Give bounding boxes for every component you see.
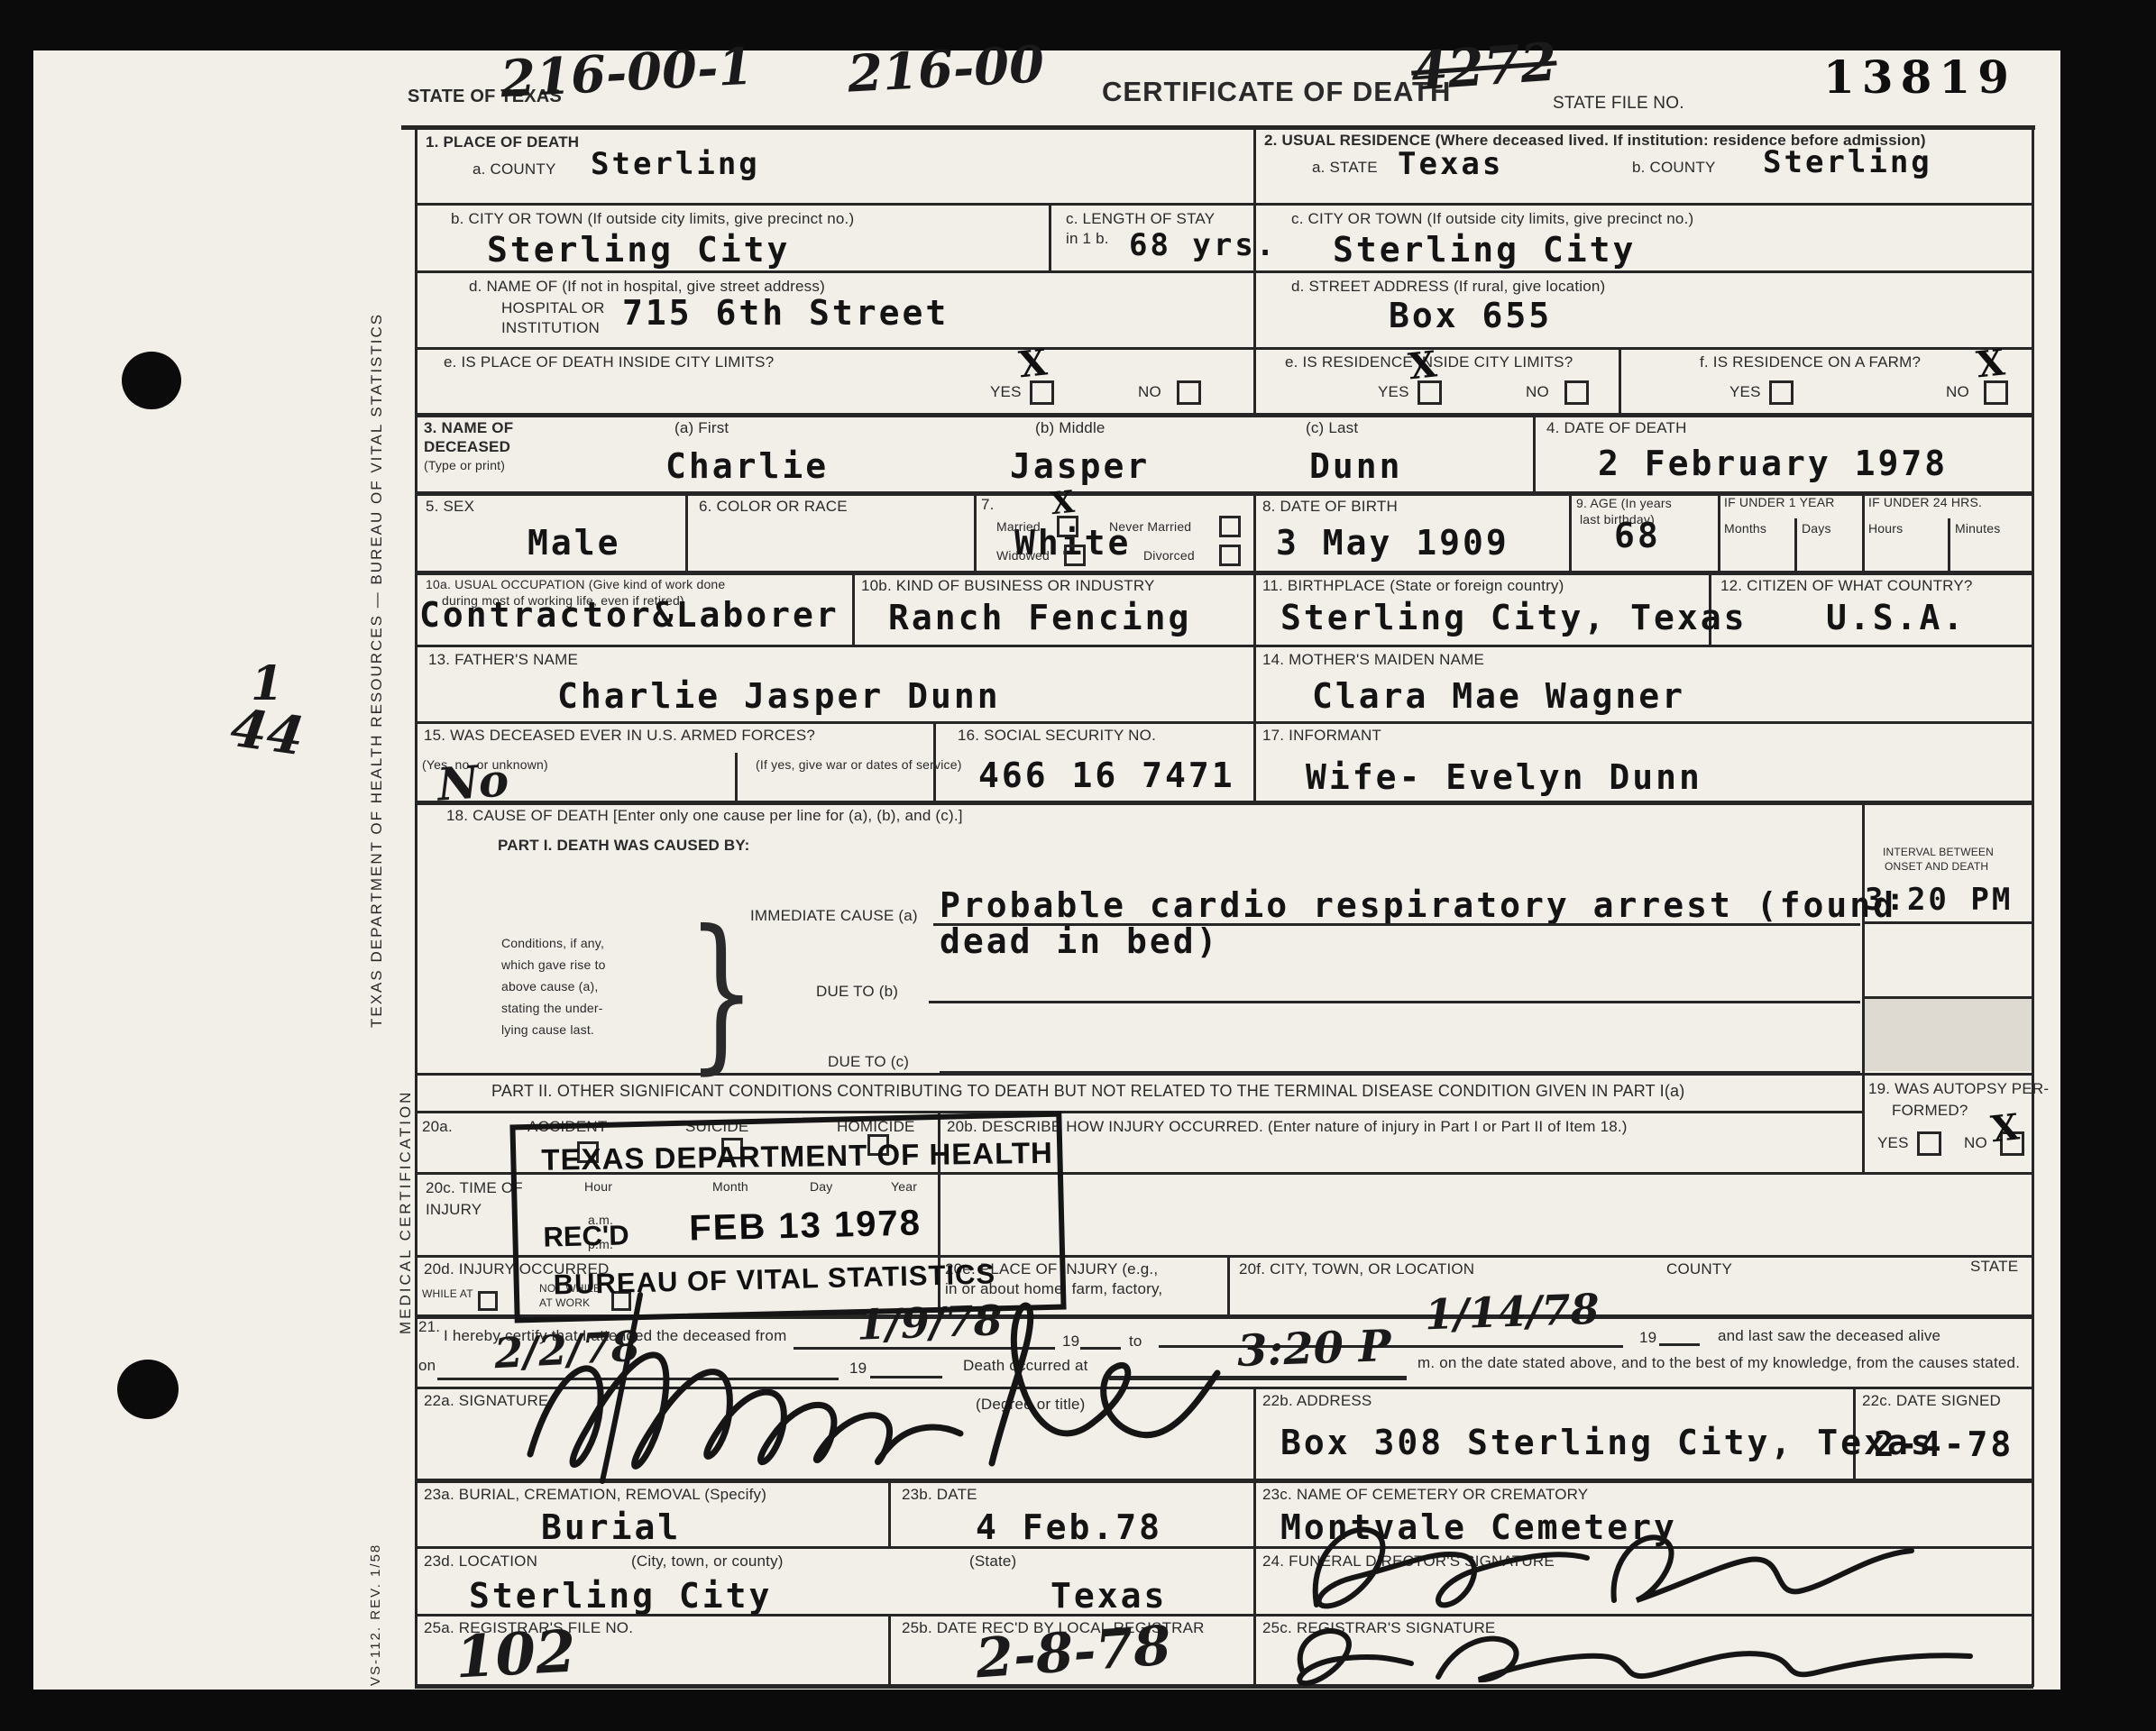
residence-limits-no-checkbox — [1564, 380, 1589, 405]
autopsy-yes-label: YES — [1877, 1134, 1909, 1152]
name-of-deceased-label-2: DECEASED — [424, 438, 510, 456]
burial-location-sublabel-1: (City, town, or county) — [631, 1552, 784, 1571]
due-to-b-label: DUE TO (b) — [816, 983, 898, 1001]
part1-label: PART I. DEATH WAS CAUSED BY: — [498, 837, 750, 855]
time-of-injury-label-2: INJURY — [426, 1201, 482, 1219]
state-file-number: 13819 — [1823, 50, 2016, 104]
street-address-value: Box 655 — [1389, 296, 1552, 335]
citizen-label: 12. CITIZEN OF WHAT COUNTRY? — [1720, 577, 1973, 595]
scanned-death-certificate: TEXAS DEPARTMENT OF HEALTH RESOURCES — B… — [0, 0, 2156, 1731]
margin-department-text: TEXAS DEPARTMENT OF HEALTH RESOURCES — B… — [368, 225, 386, 1028]
place-of-death-title: 1. PLACE OF DEATH — [426, 133, 579, 151]
fathers-name-value: Charlie Jasper Dunn — [557, 676, 1001, 716]
ssn-value: 466 16 7471 — [978, 756, 1235, 795]
divorced-checkbox — [1219, 545, 1241, 566]
divorced-label: Divorced — [1143, 548, 1195, 563]
farm-yes-label: YES — [1729, 383, 1761, 401]
length-of-stay-label: c. LENGTH OF STAY — [1066, 210, 1215, 228]
place-limits-no-checkbox — [1177, 380, 1201, 405]
residence-city-value: Sterling City — [1333, 230, 1636, 270]
autopsy-no-xmark: X — [1989, 1106, 2022, 1151]
name-of-deceased-label-1: 3. NAME OF — [424, 419, 513, 437]
certify-on: on — [418, 1357, 436, 1375]
margin-handwritten-mark-2: 44 — [227, 697, 307, 768]
place-city-limits-label: e. IS PLACE OF DEATH INSIDE CITY LIMITS? — [444, 353, 774, 371]
hospital-sublabel-2: INSTITUTION — [501, 319, 600, 337]
name-of-deceased-label-3: (Type or print) — [424, 458, 505, 472]
conditions-note-5: lying cause last. — [501, 1022, 594, 1037]
certificate-title: CERTIFICATE OF DEATH — [1102, 76, 1451, 108]
hospital-value: 715 6th Street — [622, 293, 949, 333]
hospital-sublabel-1: HOSPITAL OR — [501, 299, 605, 317]
residence-city-label: c. CITY OR TOWN (If outside city limits,… — [1291, 210, 1693, 228]
occupation-value: Contractor&Laborer — [419, 595, 839, 635]
first-name-label: (a) First — [674, 419, 729, 437]
street-address-label: d. STREET ADDRESS (If rural, give locati… — [1291, 278, 1605, 296]
due-to-c-label: DUE TO (c) — [828, 1053, 909, 1071]
occupation-label-1: 10a. USUAL OCCUPATION (Give kind of work… — [426, 577, 725, 591]
place-county-value: Sterling — [591, 146, 760, 182]
length-of-stay-value: 68 yrs. — [1129, 227, 1277, 263]
death-time-value: 3:20 P — [1236, 1321, 1392, 1377]
date-of-death-value: 2 February 1978 — [1598, 444, 1948, 483]
date-of-birth-value: 3 May 1909 — [1276, 523, 1509, 563]
sex-label: 5. SEX — [426, 498, 474, 516]
days-label: Days — [1802, 521, 1831, 536]
married-label: Married — [996, 519, 1041, 534]
date-of-birth-label: 8. DATE OF BIRTH — [1262, 498, 1398, 516]
while-at-work-checkbox — [478, 1291, 498, 1311]
conditions-note-1: Conditions, if any, — [501, 936, 604, 950]
burial-type-value: Burial — [541, 1507, 681, 1547]
interval-label-1: INTERVAL BETWEEN — [1883, 846, 1994, 858]
interval-value: 3:20 PM — [1865, 882, 2013, 918]
marital-number-label: 7. — [981, 496, 995, 514]
mothers-maiden-name-value: Clara Mae Wagner — [1312, 676, 1685, 716]
certify-text-2: m. on the date stated above, and to the … — [1417, 1354, 2020, 1372]
residence-state-label: a. STATE — [1312, 159, 1378, 177]
injury-city-label: 20f. CITY, TOWN, OR LOCATION — [1239, 1260, 1474, 1278]
stamp-recd: REC'D — [543, 1219, 629, 1253]
place-limits-no-label: NO — [1138, 383, 1161, 401]
never-married-label: Never Married — [1109, 519, 1191, 534]
farm-no-xmark: X — [1975, 342, 2007, 387]
married-xmark: X — [1049, 484, 1076, 523]
autopsy-no-label: NO — [1964, 1134, 1987, 1152]
year-prefix-2: 19 — [1639, 1329, 1656, 1347]
armed-forces-value: No — [436, 753, 510, 811]
residence-limits-yes-xmark: X — [1407, 343, 1439, 389]
conditions-note-4: stating the under- — [501, 1001, 603, 1015]
date-signed-value: 2-4-78 — [1874, 1424, 2014, 1464]
autopsy-label-1: 19. WAS AUTOPSY PER- — [1868, 1080, 2049, 1098]
fathers-name-label: 13. FATHER'S NAME — [428, 651, 578, 669]
residence-limits-no-label: NO — [1526, 383, 1549, 401]
physician-address-value: Box 308 Sterling City, Texas — [1280, 1423, 1934, 1462]
residence-limits-yes-label: YES — [1378, 383, 1409, 401]
cemetery-name-label: 23c. NAME OF CEMETERY OR CREMATORY — [1262, 1486, 1588, 1504]
autopsy-label-2: FORMED? — [1892, 1102, 1968, 1120]
attended-to-date: 1/14/78 — [1424, 1285, 1600, 1340]
farm-yes-checkbox — [1769, 380, 1794, 405]
citizen-value: U.S.A. — [1826, 598, 1966, 637]
physician-address-label: 22b. ADDRESS — [1262, 1392, 1372, 1410]
conditions-note-3: above cause (a), — [501, 979, 598, 994]
if-under-1-year-label: IF UNDER 1 YEAR — [1724, 495, 1835, 509]
industry-value: Ranch Fencing — [888, 598, 1191, 637]
burial-location-sublabel-2: (State) — [969, 1552, 1016, 1571]
place-limits-yes-xmark: X — [1017, 342, 1050, 387]
stamp-line-1: TEXAS DEPARTMENT OF HEALTH — [541, 1136, 1053, 1177]
handwritten-cert-number: 4272 — [1409, 31, 1559, 102]
if-under-24-hrs-label: IF UNDER 24 HRS. — [1868, 495, 1982, 509]
hole-punch-top — [122, 352, 181, 409]
last-name-value: Dunn — [1309, 446, 1403, 486]
ssn-label: 16. SOCIAL SECURITY NO. — [958, 727, 1156, 745]
immediate-cause-value-2: dead in bed) — [940, 921, 1220, 961]
armed-forces-sublabel-2: (If yes, give war or dates of service) — [756, 757, 962, 772]
race-label: 6. COLOR OR RACE — [699, 498, 848, 516]
part2-label: PART II. OTHER SIGNIFICANT CONDITIONS CO… — [491, 1082, 1684, 1101]
injury-state-label: STATE — [1970, 1258, 2018, 1276]
birthplace-label: 11. BIRTHPLACE (State or foreign country… — [1262, 577, 1564, 595]
sex-value: Male — [528, 523, 621, 563]
injury-county-label: COUNTY — [1666, 1260, 1732, 1278]
interval-label-2: ONSET AND DEATH — [1885, 860, 1988, 873]
mothers-maiden-name-label: 14. MOTHER'S MAIDEN NAME — [1262, 651, 1484, 669]
stamp-date: FEB 13 1978 — [689, 1203, 922, 1249]
date-of-death-label: 4. DATE OF DEATH — [1546, 419, 1687, 437]
margin-form-number: VS-112. REV. 1/58 — [368, 1479, 383, 1686]
conditions-note-2: which gave rise to — [501, 957, 606, 972]
place-city-label: b. CITY OR TOWN (If outside city limits,… — [451, 210, 854, 228]
widowed-checkbox — [1064, 545, 1086, 566]
residence-county-label: b. COUNTY — [1632, 159, 1715, 177]
certify-number: 21. — [418, 1318, 440, 1336]
residence-farm-label: f. IS RESIDENCE ON A FARM? — [1700, 353, 1921, 371]
age-value: 68 — [1614, 516, 1661, 555]
middle-name-value: Jasper — [1010, 446, 1150, 486]
cause-of-death-label: 18. CAUSE OF DEATH [Enter only one cause… — [446, 807, 963, 825]
last-name-label: (c) Last — [1306, 419, 1358, 437]
date-signed-label: 22c. DATE SIGNED — [1862, 1392, 2001, 1410]
residence-county-value: Sterling — [1763, 144, 1932, 180]
farm-no-label: NO — [1946, 383, 1969, 401]
minutes-label: Minutes — [1955, 521, 2000, 536]
hole-punch-bottom — [117, 1360, 179, 1419]
time-of-injury-label-1: 20c. TIME OF — [426, 1179, 523, 1197]
armed-forces-label: 15. WAS DECEASED EVER IN U.S. ARMED FORC… — [424, 727, 815, 745]
immediate-cause-value-1: Probable cardio respiratory arrest (foun… — [940, 885, 1896, 925]
months-label: Months — [1724, 521, 1766, 536]
informant-value: Wife- Evelyn Dunn — [1306, 757, 1702, 797]
residence-state-value: Texas — [1398, 146, 1503, 182]
first-name-value: Charlie — [665, 446, 829, 486]
place-county-label: a. COUNTY — [472, 160, 555, 179]
industry-label: 10b. KIND OF BUSINESS OR INDUSTRY — [861, 577, 1155, 595]
handwritten-number-left-2: 216-00 — [846, 34, 1045, 104]
widowed-label: Widowed — [996, 548, 1050, 563]
burial-location-label: 23d. LOCATION — [424, 1552, 537, 1571]
burial-location-state: Texas — [1050, 1576, 1167, 1616]
never-married-checkbox — [1219, 516, 1241, 537]
accident-row-number: 20a. — [422, 1118, 453, 1136]
margin-medical-certification-text: MEDICAL CERTIFICATION — [397, 1037, 415, 1334]
state-file-no-label: STATE FILE NO. — [1553, 94, 1684, 114]
length-of-stay-sublabel: in 1 b. — [1066, 230, 1109, 248]
place-city-value: Sterling City — [487, 230, 790, 270]
middle-name-label: (b) Middle — [1035, 419, 1106, 437]
shaded-cell — [1865, 999, 2032, 1071]
autopsy-yes-checkbox — [1917, 1131, 1941, 1156]
place-limits-yes-label: YES — [990, 383, 1022, 401]
age-label-1: 9. AGE (In years — [1576, 496, 1672, 510]
hours-label: Hours — [1868, 521, 1903, 536]
certify-alive-text: and last saw the deceased alive — [1718, 1327, 1940, 1345]
birthplace-value: Sterling City, Texas — [1280, 598, 1748, 637]
physician-signature — [505, 1287, 1235, 1499]
conditions-brace: } — [687, 896, 756, 1090]
while-at-label: WHILE AT — [422, 1287, 473, 1300]
registrar-file-no-value: 102 — [454, 1618, 577, 1692]
burial-date-value: 4 Feb.78 — [976, 1507, 1162, 1547]
immediate-cause-label: IMMEDIATE CAUSE (a) — [750, 907, 918, 925]
funeral-director-signature — [1280, 1515, 1930, 1623]
registrar-signature — [1276, 1618, 1997, 1695]
burial-location-city: Sterling City — [469, 1576, 772, 1616]
informant-label: 17. INFORMANT — [1262, 727, 1381, 745]
